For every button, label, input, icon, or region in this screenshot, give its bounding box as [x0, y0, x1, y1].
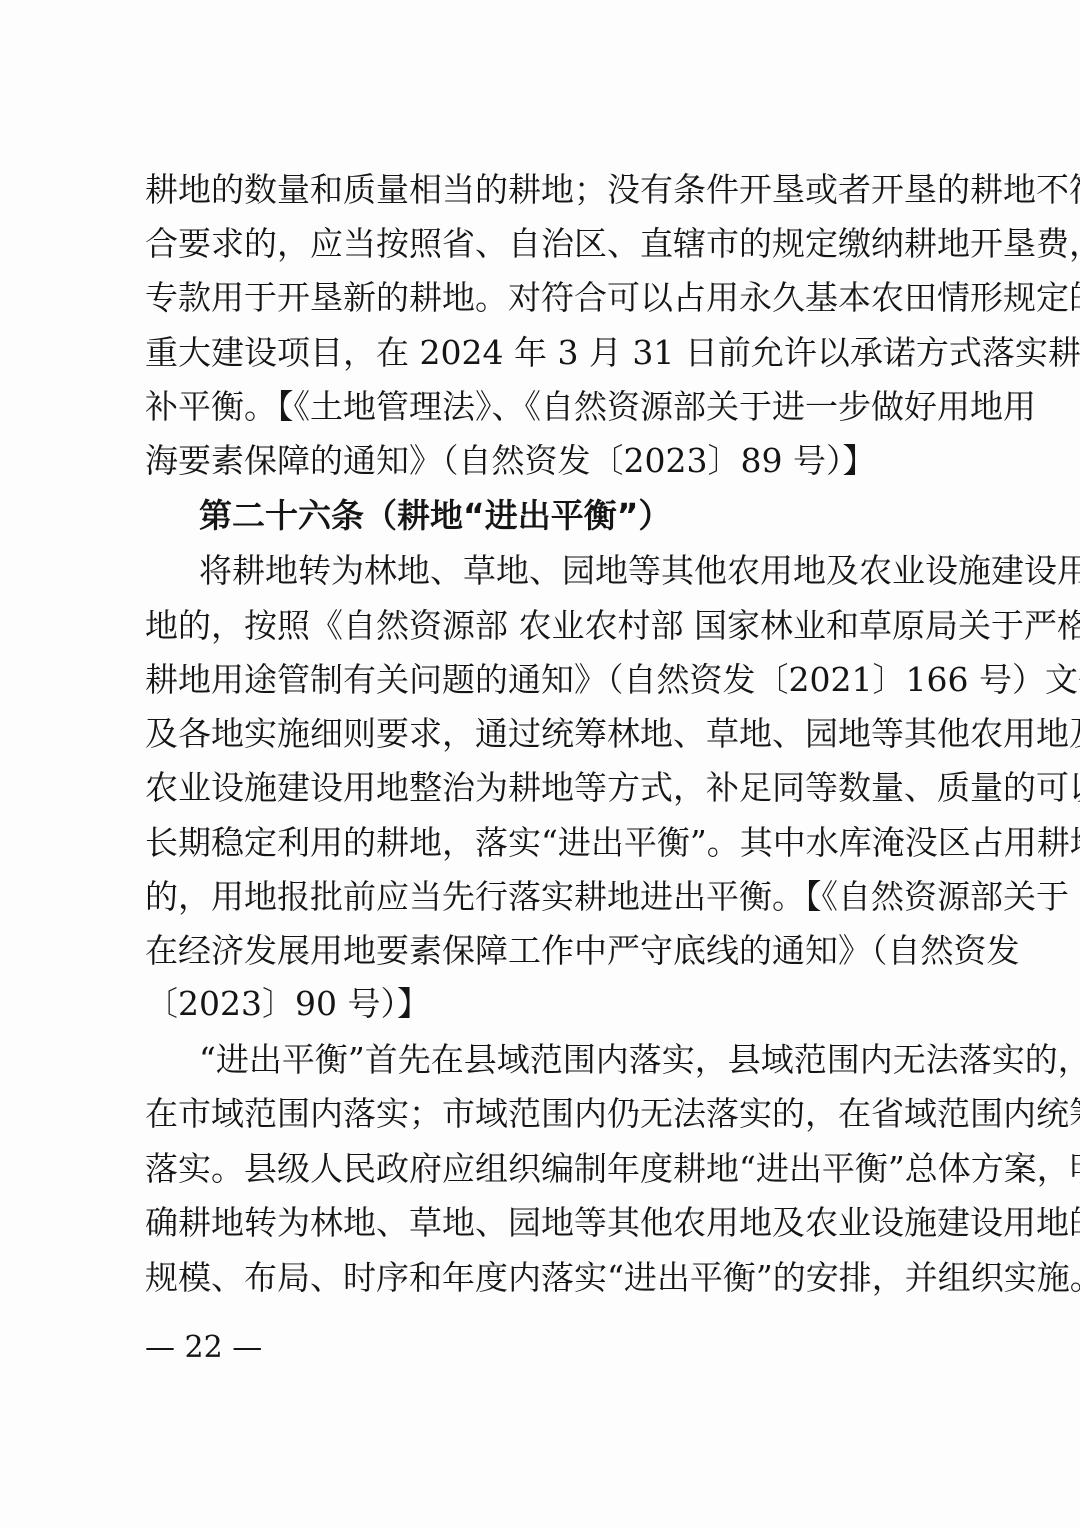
text-line: 专款用于开垦新的耕地。对符合可以占用永久基本农田情形规定的 [145, 278, 928, 318]
text-line: “进出平衡”首先在县域范围内落实，县域范围内无法落实的， [199, 1040, 928, 1080]
text-line: 〔2023〕90 号）】 [145, 984, 928, 1024]
page-number: — 22 — [145, 1328, 262, 1368]
text-line: 将耕地转为林地、草地、园地等其他农用地及农业设施建设用 [199, 551, 928, 591]
text-line: 重大建设项目，在 2024 年 3 月 31 日前允许以承诺方式落实耕地占 [145, 333, 928, 373]
document-page: 耕地的数量和质量相当的耕地；没有条件开垦或者开垦的耕地不符 合要求的，应当按照省… [0, 0, 1080, 1527]
text-line: 在经济发展用地要素保障工作中严守底线的通知》（自然资发 [145, 931, 928, 971]
text-line: 确耕地转为林地、草地、园地等其他农用地及农业设施建设用地的 [145, 1203, 928, 1243]
text-line: 农业设施建设用地整治为耕地等方式，补足同等数量、质量的可以 [145, 768, 928, 808]
text-line: 及各地实施细则要求，通过统筹林地、草地、园地等其他农用地及 [145, 714, 928, 754]
text-line: 耕地的数量和质量相当的耕地；没有条件开垦或者开垦的耕地不符 [145, 170, 928, 210]
text-line: 补平衡。【《土地管理法》、《自然资源部关于进一步做好用地用 [145, 387, 928, 427]
text-line: 海要素保障的通知》（自然资发〔2023〕89 号）】 [145, 441, 928, 481]
text-line: 长期稳定利用的耕地，落实“进出平衡”。其中水库淹没区占用耕地 [145, 823, 928, 863]
text-line: 的，用地报批前应当先行落实耕地进出平衡。【《自然资源部关于 [145, 877, 928, 917]
text-line: 在市域范围内落实；市域范围内仍无法落实的，在省域范围内统筹 [145, 1094, 928, 1134]
text-line: 规模、布局、时序和年度内落实“进出平衡”的安排，并组织实施。 [145, 1258, 928, 1298]
article-heading: 第二十六条（耕地“进出平衡”） [199, 496, 671, 536]
text-line: 耕地用途管制有关问题的通知》（自然资发〔2021〕166 号）文件 [145, 660, 928, 700]
text-line: 地的，按照《自然资源部 农业农村部 国家林业和草原局关于严格 [145, 606, 928, 646]
text-line: 落实。县级人民政府应组织编制年度耕地“进出平衡”总体方案，明 [145, 1149, 928, 1189]
text-line: 合要求的，应当按照省、自治区、直辖市的规定缴纳耕地开垦费， [145, 224, 928, 264]
